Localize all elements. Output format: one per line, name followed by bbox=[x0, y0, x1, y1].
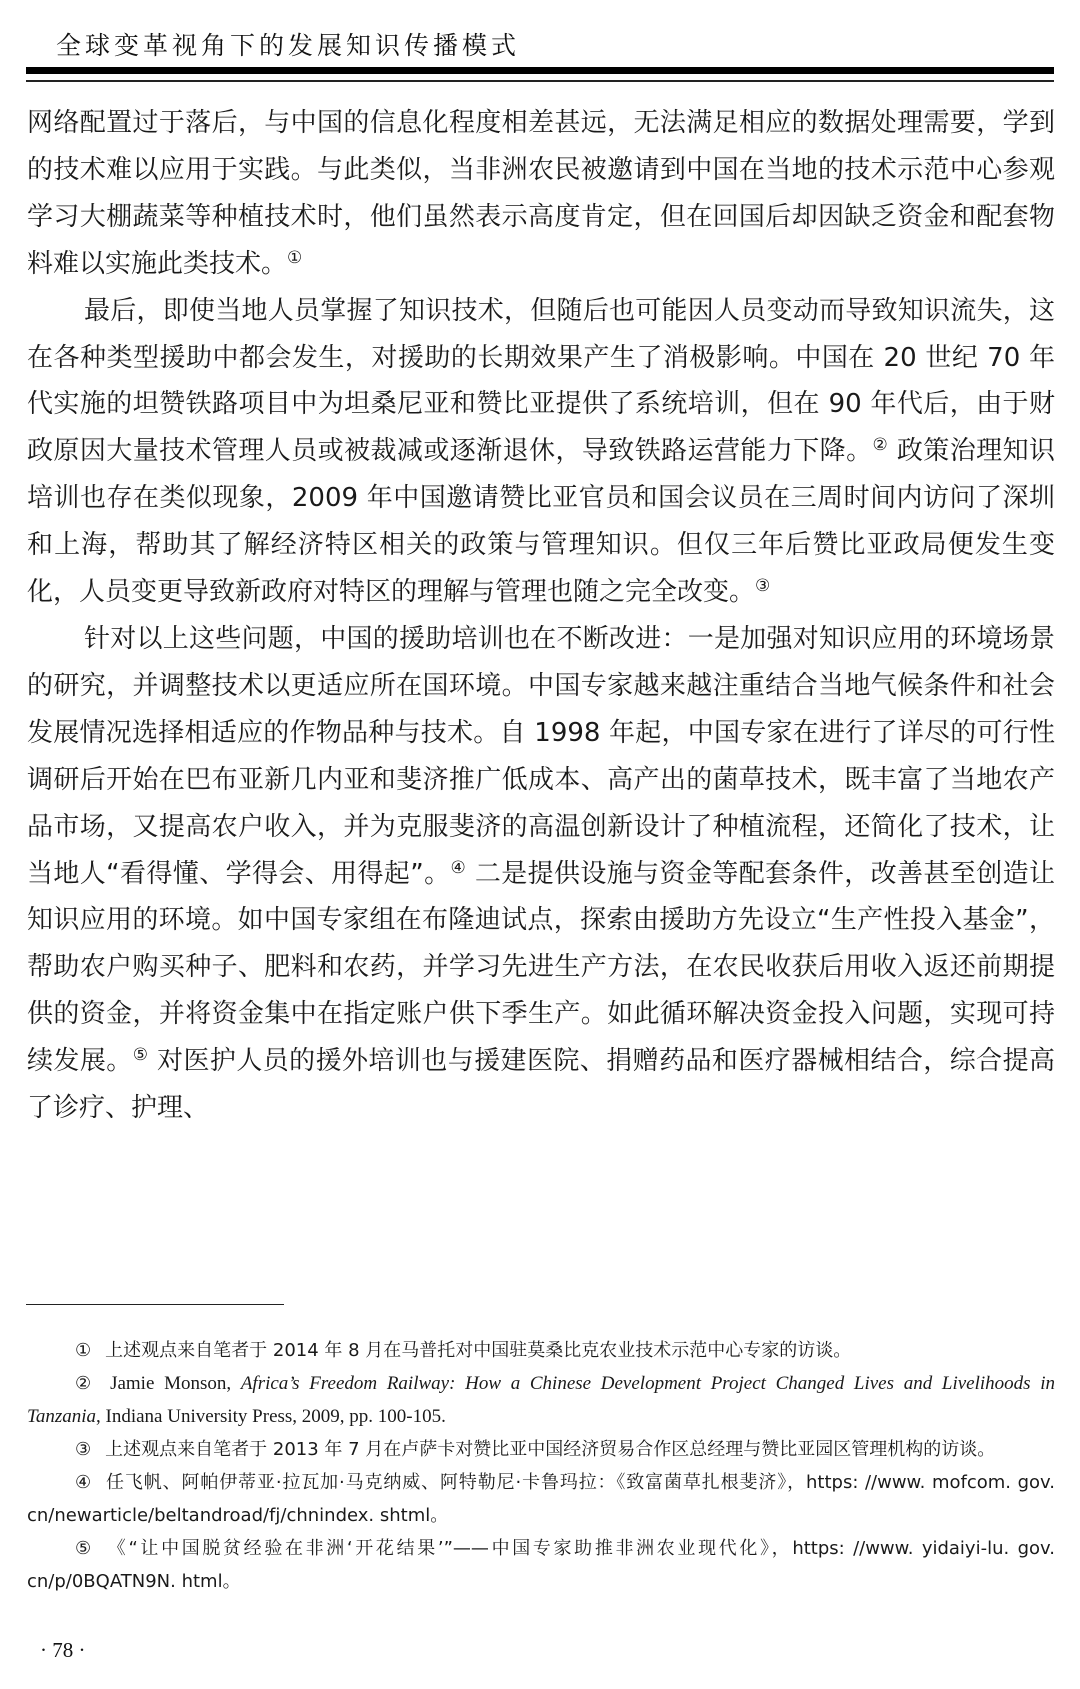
footnote-mark: ③ bbox=[75, 1439, 91, 1460]
footnote-mark: ② bbox=[75, 1373, 96, 1394]
footnote-mark: ⑤ bbox=[75, 1538, 94, 1559]
footnote-ref-4[interactable]: ④ bbox=[451, 858, 467, 878]
footnote-text: 上述观点来自笔者于 2014 年 8 月在马普托对中国驻莫桑比克农业技术示范中心… bbox=[105, 1340, 851, 1361]
paragraph-text: 对医护人员的援外培训也与援建医院、捐赠药品和医疗器械相结合，综合提高了诊疗、护理… bbox=[27, 1046, 1055, 1123]
page-number: · 78 · bbox=[40, 1636, 86, 1664]
footnotes: ①上述观点来自笔者于 2014 年 8 月在马普托对中国驻莫桑比克农业技术示范中… bbox=[27, 1334, 1055, 1598]
footnote-publisher: , Indiana University Press, 2009, pp. 10… bbox=[96, 1406, 446, 1427]
paragraph-2: 最后，即使当地人员掌握了知识技术，但随后也可能因人员变动而导致知识流失，这在各种… bbox=[27, 288, 1055, 616]
paragraph-text: 针对以上这些问题，中国的援助培训也在不断改进：一是加强对知识应用的环境场景的研究… bbox=[27, 624, 1055, 889]
footnote-4: ④任飞帆、阿帕伊蒂亚·拉瓦加·马克纳威、阿特勒尼·卡鲁玛拉：《致富菌草扎根斐济》… bbox=[27, 1466, 1055, 1532]
footnote-ref-5[interactable]: ⑤ bbox=[133, 1045, 149, 1065]
footnote-ref-3[interactable]: ③ bbox=[755, 576, 770, 596]
footnote-text[interactable]: 《“让中国脱贫经验在非洲‘开花结果’”——中国专家助推非洲农业现代化》，http… bbox=[27, 1538, 1055, 1592]
footnote-1: ①上述观点来自笔者于 2014 年 8 月在马普托对中国驻莫桑比克农业技术示范中… bbox=[27, 1334, 1055, 1367]
paragraph-3: 针对以上这些问题，中国的援助培训也在不断改进：一是加强对知识应用的环境场景的研究… bbox=[27, 616, 1055, 1132]
footnote-3: ③上述观点来自笔者于 2013 年 7 月在卢萨卡对赞比亚中国经济贸易合作区总经… bbox=[27, 1433, 1055, 1466]
footnote-ref-1[interactable]: ① bbox=[287, 248, 302, 268]
footnote-2: ②Jamie Monson, Africa’s Freedom Railway:… bbox=[27, 1367, 1055, 1433]
footnote-ref-2[interactable]: ② bbox=[873, 435, 889, 455]
paragraph-text: 网络配置过于落后，与中国的信息化程度相差甚远，无法满足相应的数据处理需要，学到的… bbox=[27, 108, 1055, 279]
paragraph-text: 二是提供设施与资金等配套条件，改善甚至创造让知识应用的环境。如中国专家组在布隆迪… bbox=[27, 859, 1055, 1077]
footnote-text[interactable]: 任飞帆、阿帕伊蒂亚·拉瓦加·马克纳威、阿特勒尼·卡鲁玛拉：《致富菌草扎根斐济》，… bbox=[27, 1472, 1055, 1526]
body-text: 网络配置过于落后，与中国的信息化程度相差甚远，无法满足相应的数据处理需要，学到的… bbox=[27, 100, 1055, 1132]
footnote-mark: ① bbox=[75, 1340, 91, 1361]
footnote-mark: ④ bbox=[75, 1472, 92, 1493]
header-rule-thick bbox=[26, 67, 1054, 74]
footnote-author: Jamie Monson, bbox=[110, 1373, 241, 1394]
running-header-title: 全球变革视角下的发展知识传播模式 bbox=[56, 30, 520, 62]
footnote-5: ⑤《“让中国脱贫经验在非洲‘开花结果’”——中国专家助推非洲农业现代化》，htt… bbox=[27, 1532, 1055, 1598]
footnote-text: 上述观点来自笔者于 2013 年 7 月在卢萨卡对赞比亚中国经济贸易合作区总经理… bbox=[105, 1439, 995, 1460]
header-rule-thin bbox=[26, 80, 1054, 82]
paragraph-1: 网络配置过于落后，与中国的信息化程度相差甚远，无法满足相应的数据处理需要，学到的… bbox=[27, 100, 1055, 288]
footnote-separator bbox=[26, 1304, 284, 1305]
